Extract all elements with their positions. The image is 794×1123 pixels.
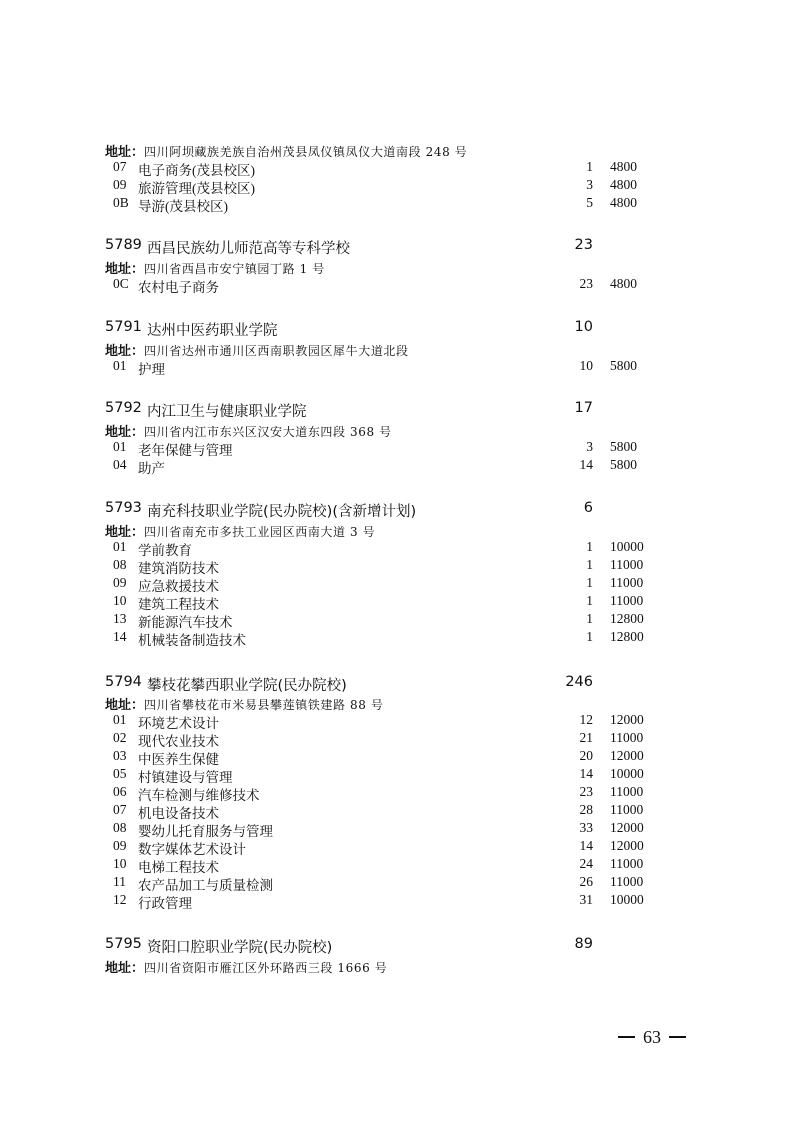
program-fee: 4800 — [610, 195, 637, 211]
program-fee: 10000 — [610, 892, 644, 908]
program-fee: 11000 — [610, 575, 643, 591]
program-code: 11 — [113, 874, 126, 890]
dash-decoration — [618, 1036, 635, 1038]
program-row: 13 新能源汽车技术 1 12800 — [105, 611, 665, 629]
school-code: 5789 — [105, 237, 142, 253]
program-name: 助产 — [138, 457, 165, 477]
program-name: 机电设备技术 — [138, 802, 219, 822]
program-fee: 10000 — [610, 766, 644, 782]
program-code: 10 — [113, 593, 127, 609]
program-fee: 10000 — [610, 539, 644, 555]
school-code: 5793 — [105, 500, 142, 516]
program-name: 学前教育 — [138, 539, 192, 559]
program-row: 0B 导游(茂县校区) 5 4800 — [105, 195, 665, 213]
program-count: 12 — [580, 712, 594, 728]
program-name: 电子商务(茂县校区) — [138, 159, 255, 179]
address-label: 地址： — [105, 344, 144, 359]
program-name: 应急救援技术 — [138, 575, 219, 595]
school-name: 南充科技职业学院(民办院校)(含新增计划) — [147, 500, 416, 521]
school-total: 10 — [575, 319, 593, 335]
program-count: 1 — [586, 159, 593, 175]
program-fee: 11000 — [610, 557, 643, 573]
address-text: 四川省内江市东兴区汉安大道东四段 368 号 — [144, 425, 392, 439]
program-row: 05 村镇建设与管理 14 10000 — [105, 766, 665, 784]
school-heading: 5789 西昌民族幼儿师范高等专科学校 23 — [105, 237, 665, 259]
program-code: 10 — [113, 856, 127, 872]
program-code: 07 — [113, 159, 127, 175]
program-code: 01 — [113, 358, 127, 374]
program-name: 中医养生保健 — [138, 748, 219, 768]
program-fee: 12800 — [610, 611, 644, 627]
program-row: 0C 农村电子商务 23 4800 — [105, 276, 665, 294]
program-code: 09 — [113, 838, 127, 854]
school-total: 6 — [584, 500, 593, 516]
school-heading: 5793 南充科技职业学院(民办院校)(含新增计划) 6 — [105, 500, 665, 522]
program-count: 10 — [580, 358, 594, 374]
program-fee: 5800 — [610, 439, 637, 455]
school-total: 23 — [575, 237, 593, 253]
address-line: 地址：四川省内江市东兴区汉安大道东四段 368 号 — [105, 421, 665, 439]
program-count: 1 — [586, 611, 593, 627]
program-code: 0C — [113, 276, 129, 292]
program-fee: 11000 — [610, 802, 643, 818]
page-number-text: 63 — [643, 1027, 661, 1048]
program-code: 09 — [113, 575, 127, 591]
program-row: 09 数字媒体艺术设计 14 12000 — [105, 838, 665, 856]
school-heading: 5794 攀枝花攀西职业学院(民办院校) 246 — [105, 674, 665, 696]
program-row: 04 助产 14 5800 — [105, 457, 665, 475]
program-name: 电梯工程技术 — [138, 856, 219, 876]
program-row: 01 环境艺术设计 12 12000 — [105, 712, 665, 730]
program-name: 建筑消防技术 — [138, 557, 219, 577]
program-row: 12 行政管理 31 10000 — [105, 892, 665, 910]
program-row: 10 电梯工程技术 24 11000 — [105, 856, 665, 874]
program-count: 1 — [586, 593, 593, 609]
program-row: 06 汽车检测与维修技术 23 11000 — [105, 784, 665, 802]
program-count: 23 — [580, 784, 594, 800]
program-row: 11 农产品加工与质量检测 26 11000 — [105, 874, 665, 892]
address-text: 四川省南充市多扶工业园区西南大道 3 号 — [144, 525, 375, 539]
program-count: 1 — [586, 539, 593, 555]
program-fee: 5800 — [610, 457, 637, 473]
program-name: 导游(茂县校区) — [138, 195, 228, 215]
program-code: 06 — [113, 784, 127, 800]
address-text: 四川省西昌市安宁镇园丁路 1 号 — [144, 262, 325, 276]
program-code: 09 — [113, 177, 127, 193]
program-row: 01 老年保健与管理 3 5800 — [105, 439, 665, 457]
address-label: 地址： — [105, 961, 144, 976]
school-heading: 5795 资阳口腔职业学院(民办院校) 89 — [105, 936, 665, 958]
program-count: 1 — [586, 629, 593, 645]
program-name: 机械装备制造技术 — [138, 629, 246, 649]
program-fee: 12000 — [610, 838, 644, 854]
address-label: 地址： — [105, 698, 144, 713]
program-code: 08 — [113, 820, 127, 836]
program-count: 33 — [580, 820, 594, 836]
program-name: 农村电子商务 — [138, 276, 219, 296]
program-count: 21 — [580, 730, 594, 746]
program-code: 01 — [113, 439, 127, 455]
address-line: 地址：四川省攀枝花市米易县攀莲镇铁建路 88 号 — [105, 694, 665, 712]
school-heading: 5792 内江卫生与健康职业学院 17 — [105, 400, 665, 422]
program-code: 01 — [113, 712, 127, 728]
program-name: 建筑工程技术 — [138, 593, 219, 613]
program-fee: 11000 — [610, 784, 643, 800]
page-number: 63 — [618, 1025, 698, 1049]
program-code: 08 — [113, 557, 127, 573]
program-row: 01 护理 10 5800 — [105, 358, 665, 376]
program-row: 07 电子商务(茂县校区) 1 4800 — [105, 159, 665, 177]
address-label: 地址： — [105, 425, 144, 440]
program-row: 03 中医养生保健 20 12000 — [105, 748, 665, 766]
program-code: 01 — [113, 539, 127, 555]
program-row: 14 机械装备制造技术 1 12800 — [105, 629, 665, 647]
school-total: 246 — [565, 674, 593, 690]
program-code: 14 — [113, 629, 127, 645]
program-row: 10 建筑工程技术 1 11000 — [105, 593, 665, 611]
program-fee: 11000 — [610, 874, 643, 890]
school-name: 攀枝花攀西职业学院(民办院校) — [147, 674, 347, 695]
school-total: 89 — [575, 936, 593, 952]
program-row: 01 学前教育 1 10000 — [105, 539, 665, 557]
program-fee: 4800 — [610, 276, 637, 292]
program-count: 1 — [586, 575, 593, 591]
program-count: 14 — [580, 766, 594, 782]
program-name: 农产品加工与质量检测 — [138, 874, 273, 894]
program-code: 03 — [113, 748, 127, 764]
school-code: 5794 — [105, 674, 142, 690]
address-line: 地址：四川阿坝藏族羌族自治州茂县凤仪镇凤仪大道南段 248 号 — [105, 141, 665, 159]
program-row: 08 建筑消防技术 1 11000 — [105, 557, 665, 575]
program-name: 行政管理 — [138, 892, 192, 912]
program-row: 08 婴幼儿托育服务与管理 33 12000 — [105, 820, 665, 838]
program-code: 05 — [113, 766, 127, 782]
address-text: 四川阿坝藏族羌族自治州茂县凤仪镇凤仪大道南段 248 号 — [144, 145, 467, 159]
program-count: 3 — [586, 177, 593, 193]
program-count: 26 — [580, 874, 594, 890]
address-label: 地址： — [105, 145, 144, 160]
address-text: 四川省攀枝花市米易县攀莲镇铁建路 88 号 — [144, 698, 384, 712]
program-row: 02 现代农业技术 21 11000 — [105, 730, 665, 748]
program-fee: 5800 — [610, 358, 637, 374]
program-fee: 12000 — [610, 748, 644, 764]
program-fee: 12800 — [610, 629, 644, 645]
program-name: 数字媒体艺术设计 — [138, 838, 246, 858]
program-name: 村镇建设与管理 — [138, 766, 233, 786]
program-name: 老年保健与管理 — [138, 439, 233, 459]
program-code: 02 — [113, 730, 127, 746]
program-fee: 12000 — [610, 712, 644, 728]
program-fee: 11000 — [610, 856, 643, 872]
program-name: 现代农业技术 — [138, 730, 219, 750]
school-name: 达州中医药职业学院 — [147, 319, 278, 340]
address-label: 地址： — [105, 262, 144, 277]
program-count: 3 — [586, 439, 593, 455]
program-fee: 11000 — [610, 730, 643, 746]
program-name: 新能源汽车技术 — [138, 611, 233, 631]
program-name: 汽车检测与维修技术 — [138, 784, 260, 804]
school-name: 资阳口腔职业学院(民办院校) — [147, 936, 332, 957]
school-code: 5791 — [105, 319, 142, 335]
address-label: 地址： — [105, 525, 144, 540]
school-heading: 5791 达州中医药职业学院 10 — [105, 319, 665, 341]
dash-decoration — [669, 1036, 686, 1038]
address-text: 四川省资阳市雁江区外环路西三段 1666 号 — [144, 961, 387, 975]
program-name: 护理 — [138, 358, 165, 378]
program-code: 12 — [113, 892, 127, 908]
program-fee: 4800 — [610, 177, 637, 193]
program-count: 28 — [580, 802, 594, 818]
address-line: 地址：四川省资阳市雁江区外环路西三段 1666 号 — [105, 957, 665, 975]
document-page: 地址：四川阿坝藏族羌族自治州茂县凤仪镇凤仪大道南段 248 号 07 电子商务(… — [0, 0, 794, 1123]
program-count: 20 — [580, 748, 594, 764]
program-fee: 12000 — [610, 820, 644, 836]
school-code: 5795 — [105, 936, 142, 952]
program-code: 04 — [113, 457, 127, 473]
program-row: 09 旅游管理(茂县校区) 3 4800 — [105, 177, 665, 195]
program-count: 14 — [580, 457, 594, 473]
program-name: 环境艺术设计 — [138, 712, 219, 732]
program-count: 24 — [580, 856, 594, 872]
program-code: 13 — [113, 611, 127, 627]
school-total: 17 — [575, 400, 593, 416]
school-code: 5792 — [105, 400, 142, 416]
program-fee: 11000 — [610, 593, 643, 609]
address-line: 地址：四川省西昌市安宁镇园丁路 1 号 — [105, 258, 665, 276]
program-row: 09 应急救援技术 1 11000 — [105, 575, 665, 593]
program-name: 婴幼儿托育服务与管理 — [138, 820, 273, 840]
school-name: 西昌民族幼儿师范高等专科学校 — [147, 237, 350, 258]
school-name: 内江卫生与健康职业学院 — [147, 400, 307, 421]
program-code: 07 — [113, 802, 127, 818]
program-fee: 4800 — [610, 159, 637, 175]
program-count: 31 — [580, 892, 594, 908]
program-row: 07 机电设备技术 28 11000 — [105, 802, 665, 820]
program-name: 旅游管理(茂县校区) — [138, 177, 255, 197]
program-count: 14 — [580, 838, 594, 854]
address-line: 地址：四川省南充市多扶工业园区西南大道 3 号 — [105, 521, 665, 539]
address-line: 地址：四川省达州市通川区西南职教园区犀牛大道北段 — [105, 340, 665, 358]
address-text: 四川省达州市通川区西南职教园区犀牛大道北段 — [144, 344, 409, 358]
program-code: 0B — [113, 195, 129, 211]
program-count: 5 — [586, 195, 593, 211]
program-count: 23 — [580, 276, 594, 292]
program-count: 1 — [586, 557, 593, 573]
